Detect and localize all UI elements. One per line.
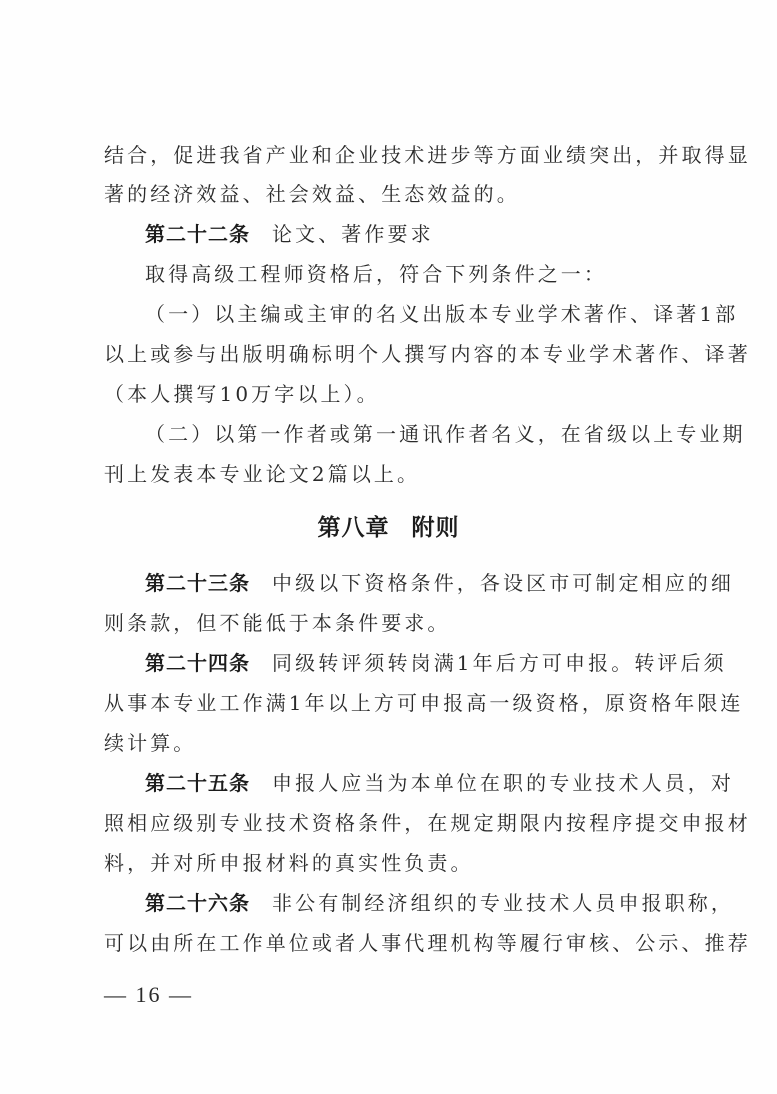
article-22-label: 第二十二条 — [145, 222, 250, 246]
article-22-intro: 取得高级工程师资格后，符合下列条件之一： — [145, 262, 670, 286]
article-22-title: 论文、著作要求 — [272, 222, 434, 246]
document-page: 结合，促进我省产业和企业技术进步等方面业绩突出，并取得显 著的经济效益、社会效益… — [0, 0, 777, 1094]
article-26-line: 可以由所在工作单位或者人事代理机构等履行审核、公示、推荐 — [104, 931, 670, 955]
article-24-line: 续计算。 — [104, 731, 670, 755]
article-22-item-1-line: （一）以主编或主审的名义出版本专业学术著作、译著1部 — [145, 302, 670, 326]
article-25-line: 第二十五条申报人应当为本单位在职的专业技术人员，对 — [145, 771, 670, 795]
article-22-item-2-line: 刊上发表本专业论文2篇以上。 — [104, 462, 670, 486]
article-22-item-1-line: 以上或参与出版明确标明个人撰写内容的本专业学术著作、译著 — [104, 342, 670, 366]
article-23-line: 则条款，但不能低于本条件要求。 — [104, 611, 670, 635]
article-26-label: 第二十六条 — [145, 891, 250, 915]
article-25-label: 第二十五条 — [145, 771, 250, 795]
article-24-label: 第二十四条 — [145, 651, 250, 675]
article-24-line: 从事本专业工作满1年以上方可申报高一级资格，原资格年限连 — [104, 691, 670, 715]
article-26-text: 非公有制经济组织的专业技术人员申报职称， — [272, 891, 734, 915]
chapter-title: 附则 — [412, 515, 460, 541]
page-number: — 16 — — [104, 982, 193, 1008]
article-22-item-1-line: （本人撰写10万字以上）。 — [104, 382, 670, 406]
article-25-line: 料，并对所申报材料的真实性负责。 — [104, 851, 670, 875]
article-24-text: 同级转评须转岗满1年后方可申报。转评后须 — [272, 651, 727, 675]
article-23-label: 第二十三条 — [145, 571, 250, 595]
chapter-number: 第八章 — [318, 515, 390, 541]
article-25-line: 照相应级别专业技术资格条件，在规定期限内按程序提交申报材 — [104, 811, 670, 835]
article-23-text: 中级以下资格条件，各设区市可制定相应的细 — [272, 571, 734, 595]
article-25-text: 申报人应当为本单位在职的专业技术人员，对 — [272, 771, 734, 795]
article-23-line: 第二十三条中级以下资格条件，各设区市可制定相应的细 — [145, 571, 670, 595]
article-22-heading: 第二十二条论文、著作要求 — [145, 222, 670, 246]
article-22-item-2-line: （二）以第一作者或第一通讯作者名义，在省级以上专业期 — [145, 422, 670, 446]
paragraph-line: 结合，促进我省产业和企业技术进步等方面业绩突出，并取得显 — [104, 143, 670, 167]
paragraph-line: 著的经济效益、社会效益、生态效益的。 — [104, 182, 670, 206]
article-26-line: 第二十六条非公有制经济组织的专业技术人员申报职称， — [145, 891, 670, 915]
article-24-line: 第二十四条同级转评须转岗满1年后方可申报。转评后须 — [145, 651, 670, 675]
chapter-heading: 第八章附则 — [0, 514, 777, 542]
